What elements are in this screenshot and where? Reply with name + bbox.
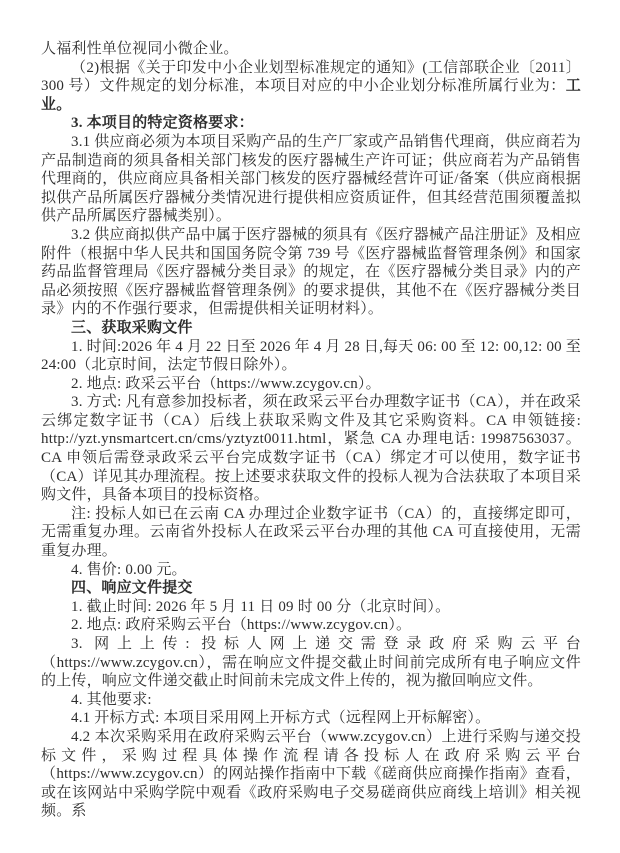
- paragraph-other-requirements: 4. 其他要求:: [41, 691, 581, 710]
- paragraph-4-1-bid-opening: 4.1 开标方式: 本项目采用网上开标方式（远程网上开标解密）。: [41, 709, 581, 728]
- paragraph-online-upload: 3. 网上上传: 投标人网上递交需登录政府采购云平台（https://www.z…: [41, 635, 581, 691]
- heading-text: 四、响应文件提交: [71, 580, 193, 596]
- paragraph-text: 3.2 供应商拟供产品中属于医疗器械的须具有《医疗器械产品注册证》及相应附件（根…: [41, 227, 581, 317]
- paragraph-3-1-supplier-license: 3.1 供应商必须为本项目采购产品的生产厂家或产品销售代理商，供应商若为产品制造…: [41, 133, 581, 226]
- paragraph-obtain-time: 1. 时间:2026 年 4 月 22 日至 2026 年 4 月 28 日,每…: [41, 338, 581, 375]
- paragraph-deadline: 1. 截止时间: 2026 年 5 月 11 日 09 时 00 分（北京时间）…: [41, 598, 581, 617]
- paragraph-4-2-platform-guide: 4.2 本次采购采用在政府采购云平台（www.zcygov.cn）上进行采购与递…: [41, 728, 581, 821]
- heading-text: 3. 本项目的特定资格要求：: [71, 115, 254, 131]
- paragraph-text: 人福利性单位视同小微企业。: [41, 41, 239, 57]
- paragraph-text: 4.2 本次采购采用在政府采购云平台（www.zcygov.cn）上进行采购与递…: [41, 729, 581, 819]
- paragraph-text: 3. 网上上传: 投标人网上递交需登录政府采购云平台（https://www.z…: [41, 636, 581, 689]
- paragraph-item-2-smb-classification: （2)根据《关于印发中小企业划型标准规定的通知》(工信部联企业〔2011〕300…: [41, 59, 581, 115]
- paragraph-submission-location: 2. 地点: 政府采购云平台（https://www.zcygov.cn）。: [41, 616, 581, 635]
- heading-section-4-response-submission: 四、响应文件提交: [41, 579, 581, 598]
- paragraph-text: 3. 方式: 凡有意参加投标者，须在政采云平台办理数字证书（CA），并在政采云绑…: [41, 394, 581, 503]
- paragraph-price: 4. 售价: 0.00 元。: [41, 561, 581, 580]
- paragraph-3-2-registration-cert: 3.2 供应商拟供产品中属于医疗器械的须具有《医疗器械产品注册证》及相应附件（根…: [41, 226, 581, 319]
- document-page: 人福利性单位视同小微企业。 （2)根据《关于印发中小企业划型标准规定的通知》(工…: [0, 0, 620, 853]
- paragraph-text: 2. 地点: 政采云平台（https://www.zcygov.cn）。: [71, 376, 381, 392]
- paragraph-text: 1. 截止时间: 2026 年 5 月 11 日 09 时 00 分（北京时间）…: [71, 599, 450, 615]
- paragraph-text: 4.1 开标方式: 本项目采用网上开标方式（远程网上开标解密）。: [71, 710, 490, 726]
- paragraph-obtain-location: 2. 地点: 政采云平台（https://www.zcygov.cn）。: [41, 375, 581, 394]
- paragraph-ca-note: 注: 投标人如已在云南 CA 办理过企业数字证书（CA）的，直接绑定即可，无需重…: [41, 505, 581, 561]
- heading-text: 三、获取采购文件: [71, 320, 193, 336]
- document-body: 人福利性单位视同小微企业。 （2)根据《关于印发中小企业划型标准规定的通知》(工…: [41, 40, 581, 821]
- paragraph-text: 4. 其他要求:: [71, 692, 152, 708]
- paragraph-text: 1. 时间:2026 年 4 月 22 日至 2026 年 4 月 28 日,每…: [41, 339, 581, 374]
- paragraph-text: 3.1 供应商必须为本项目采购产品的生产厂家或产品销售代理商，供应商若为产品制造…: [41, 134, 581, 224]
- paragraph-smb-welfare-continuation: 人福利性单位视同小微企业。: [41, 40, 581, 59]
- paragraph-obtain-method-ca: 3. 方式: 凡有意参加投标者，须在政采云平台办理数字证书（CA），并在政采云绑…: [41, 393, 581, 505]
- heading-section-3-obtain-documents: 三、获取采购文件: [41, 319, 581, 338]
- paragraph-text: 4. 售价: 0.00 元。: [71, 562, 187, 578]
- paragraph-text: 2. 地点: 政府采购云平台（https://www.zcygov.cn）。: [71, 617, 411, 633]
- paragraph-text: （2)根据《关于印发中小企业划型标准规定的通知》(工信部联企业〔2011〕300…: [41, 60, 581, 95]
- paragraph-text: 注: 投标人如已在云南 CA 办理过企业数字证书（CA）的，直接绑定即可，无需重…: [41, 506, 581, 559]
- heading-item-3-specific-qualifications: 3. 本项目的特定资格要求：: [41, 114, 581, 133]
